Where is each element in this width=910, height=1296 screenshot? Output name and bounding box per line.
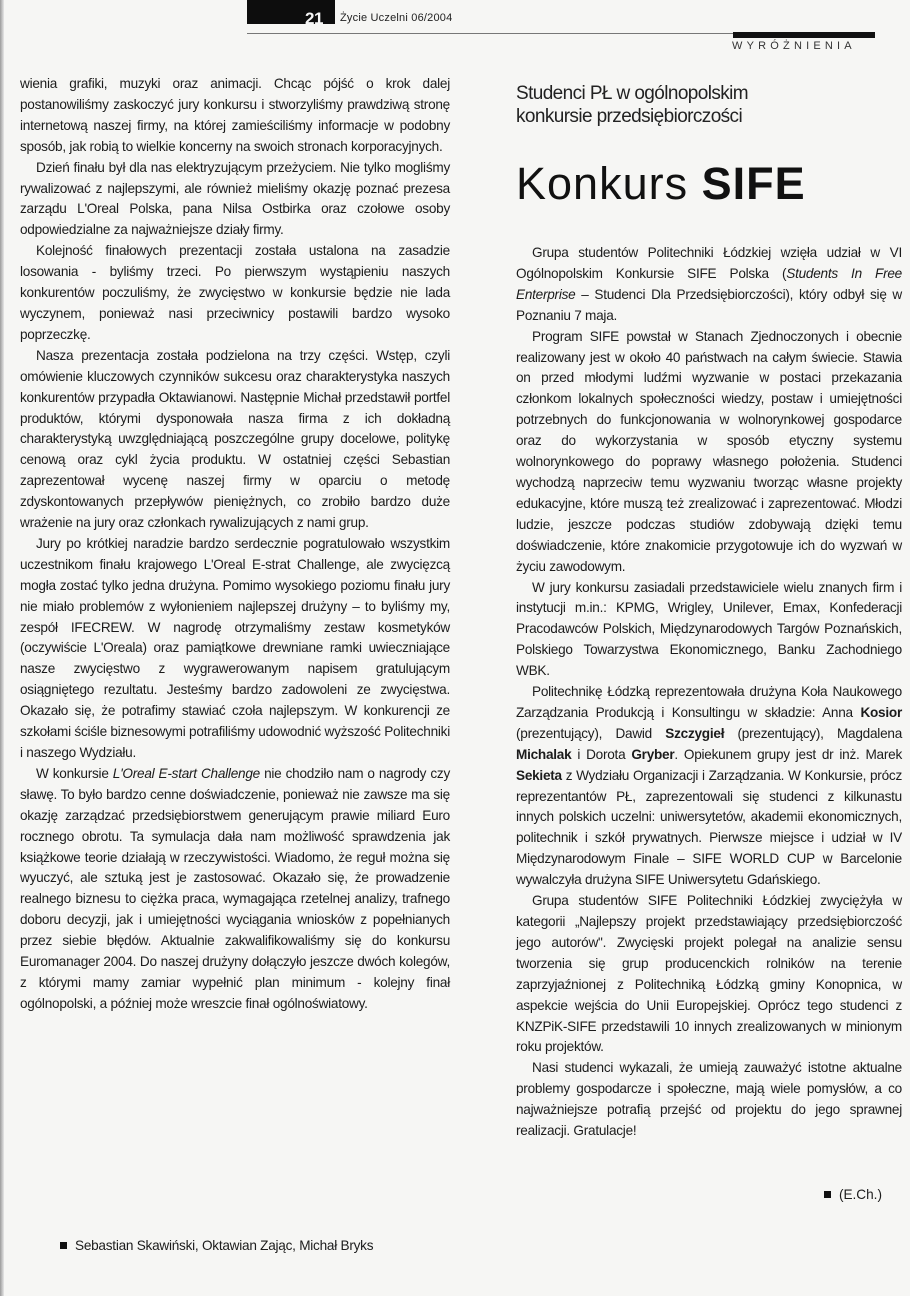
text: . Opiekunem grupy jest dr inż. Marek (674, 747, 902, 762)
square-bullet-icon (824, 1191, 831, 1198)
italic-title: L'Oreal E-start Challenge (113, 766, 260, 781)
header-rule (247, 33, 733, 34)
section-bar (733, 32, 875, 38)
title-regular: Konkurs (516, 158, 702, 209)
paragraph: W jury konkursu zasiadali przedstawiciel… (516, 578, 902, 683)
square-bullet-icon (60, 1242, 67, 1249)
left-column: wienia grafiki, muzyki oraz animacji. Ch… (20, 74, 450, 1015)
paragraph: Nasza prezentacja została podzielona na … (20, 346, 450, 534)
magazine-title: Życie Uczelni 06/2004 (340, 12, 452, 24)
paragraph: Program SIFE powstał w Stanach Zjednoczo… (516, 327, 902, 578)
signature: (E.Ch.) (824, 1187, 882, 1202)
text: W konkursie (36, 766, 113, 781)
paragraph: Nasi studenci wykazali, że umieją zauważ… (516, 1058, 902, 1142)
paragraph: W konkursie L'Oreal E-start Challenge ni… (20, 764, 450, 1015)
paragraph: Jury po krótkiej naradzie bardzo serdecz… (20, 534, 450, 764)
text: Politechnikę Łódzką reprezentowała druży… (516, 684, 902, 720)
signature-text: (E.Ch.) (839, 1187, 882, 1202)
text: i Dorota (571, 747, 631, 762)
text: z Wydziału Organizacji i Zarządzania. W … (516, 768, 902, 888)
text: (prezentujący), Magdalena (724, 726, 902, 741)
article-title: Konkurs SIFE (516, 158, 806, 210)
bold-name: Kosior (860, 705, 902, 720)
byline: Sebastian Skawiński, Oktawian Zając, Mic… (60, 1238, 373, 1253)
byline-authors: Sebastian Skawiński, Oktawian Zając, Mic… (75, 1238, 373, 1253)
right-column: Grupa studentów Politechniki Łódzkiej wz… (516, 243, 902, 1142)
paragraph: Grupa studentów SIFE Politechniki Łódzki… (516, 891, 902, 1058)
paragraph: Grupa studentów Politechniki Łódzkiej wz… (516, 243, 902, 327)
bold-name: Sekieta (516, 768, 562, 783)
paragraph: Kolejność finałowych prezentacji została… (20, 241, 450, 346)
paragraph: Dzień finału był dla nas elektryzującym … (20, 158, 450, 242)
bold-name: Gryber (631, 747, 674, 762)
text: nie chodziło nam o nagrody czy sławę. To… (20, 766, 450, 1011)
paragraph: Politechnikę Łódzką reprezentowała druży… (516, 682, 902, 891)
text: (prezentujący), Dawid (516, 726, 665, 741)
paragraph: wienia grafiki, muzyki oraz animacji. Ch… (20, 74, 450, 158)
section-label: WYRÓŻNIENIA (732, 40, 856, 52)
page-number: 21 (305, 9, 323, 29)
title-bold: SIFE (702, 158, 806, 209)
bold-name: Michalak (516, 747, 571, 762)
bold-name: Szczygieł (665, 726, 724, 741)
page-edge-shadow (0, 0, 4, 1296)
article-kicker: Studenci PŁ w ogólnopolskim konkursie pr… (516, 82, 816, 128)
